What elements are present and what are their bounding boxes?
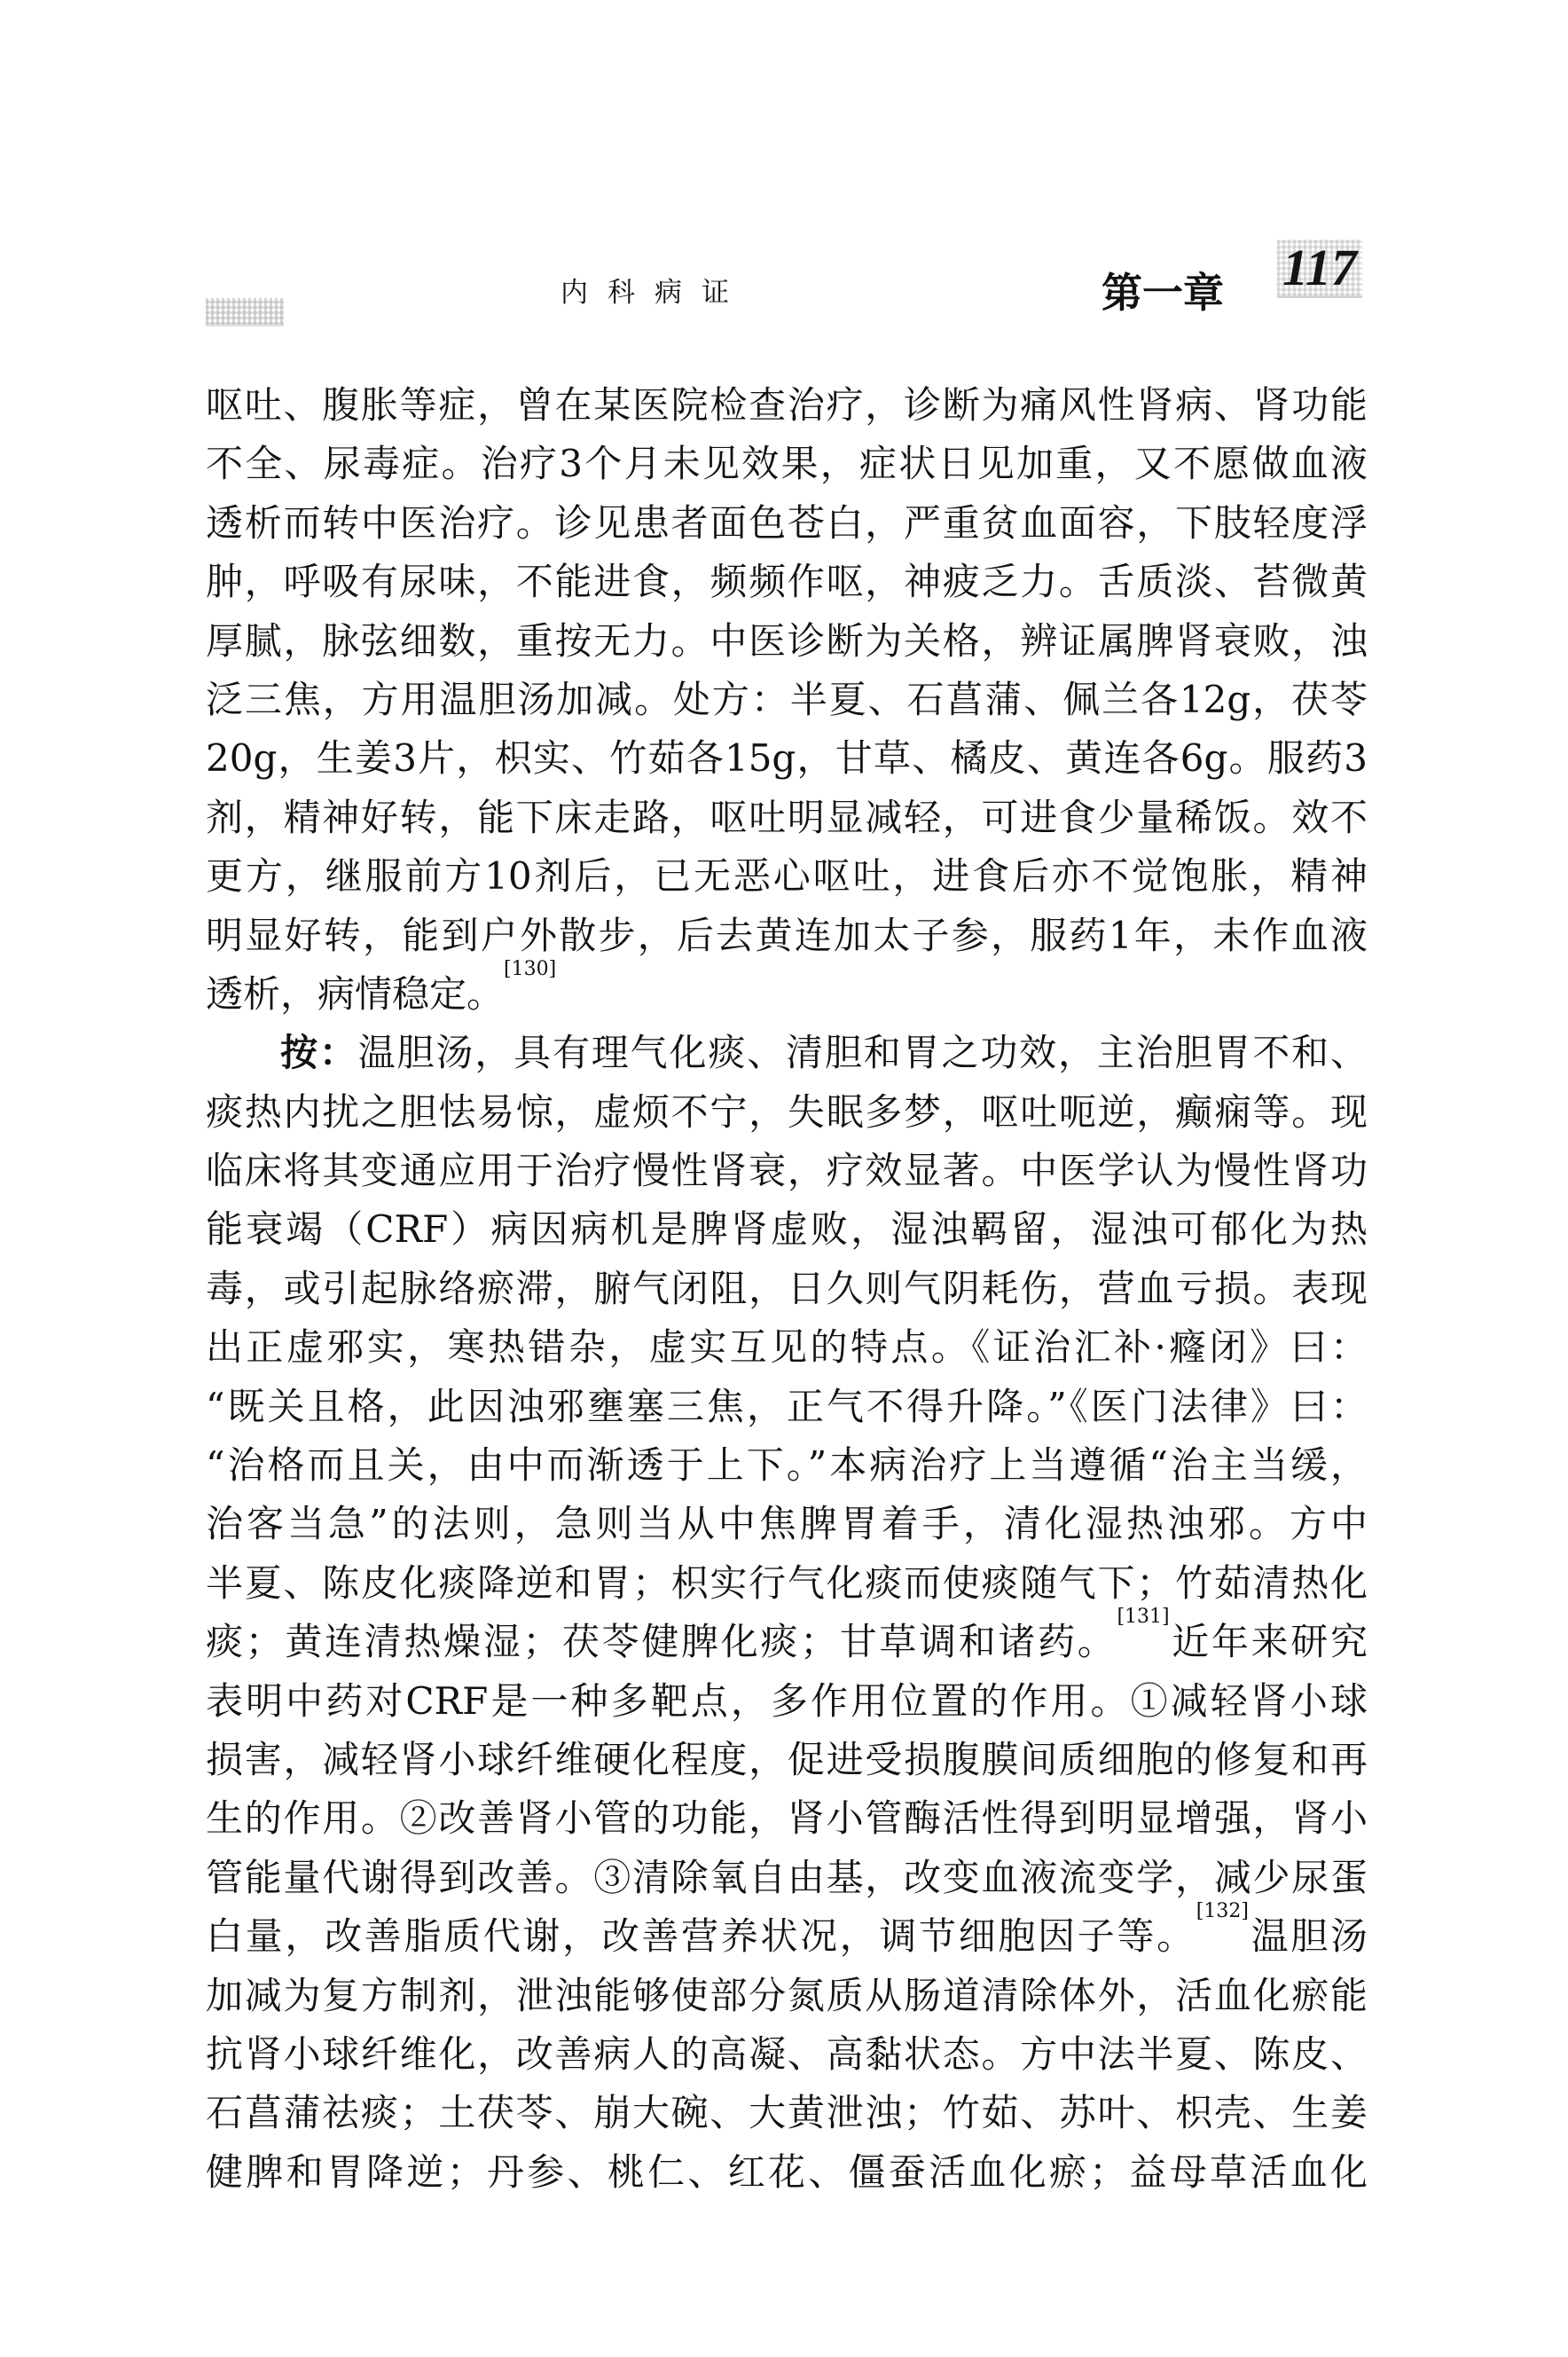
text-line: 表明中药对CRF是一种多靶点，多作用位置的作用。①减轻肾小球: [206, 1672, 1368, 1731]
page-number: 117: [1277, 240, 1362, 298]
citation-ref-131: [131]: [1117, 1606, 1169, 1628]
book-page: 内科病证 第一章 117 呕吐、腹胀等症，曾在某医院检查治疗，诊断为痛风性肾病、…: [0, 0, 1568, 2357]
text-line: 肿，呼吸有尿味，不能进食，频频作呕，神疲乏力。舌质淡、苔微黄: [206, 553, 1368, 611]
text-line: 管能量代谢得到改善。③清除氧自由基，改变血液流变学，减少尿蛋: [206, 1849, 1368, 1907]
text-line: 厚腻，脉弦细数，重按无力。中医诊断为关格，辨证属脾肾衰败，浊: [206, 612, 1368, 671]
commentary-label: 按：: [280, 1031, 358, 1074]
text-line: 泛三焦，方用温胆汤加减。处方：半夏、石菖蒲、佩兰各12g，茯苓: [206, 671, 1368, 729]
text-line: 损害，减轻肾小球纤维硬化程度，促进受损腹膜间质细胞的修复和再: [206, 1731, 1368, 1789]
text-line: 半夏、陈皮化痰降逆和胃；枳实行气化痰而使痰随气下；竹茹清热化: [206, 1554, 1368, 1613]
text-line: 透析而转中医治疗。诊见患者面色苍白，严重贫血面容，下肢轻度浮: [206, 494, 1368, 553]
text-line: 明显好转，能到户外散步，后去黄连加太子参，服药1年，未作血液: [206, 907, 1368, 965]
text-segment: 近年来研究: [1170, 1620, 1368, 1663]
text-line: 临床将其变通应用于治疗慢性肾衰，疗效显著。中医学认为慢性肾功: [206, 1142, 1368, 1200]
text-line: 出正虚邪实，寒热错杂，虚实互见的特点。《证治汇补·癃闭》曰：: [206, 1318, 1368, 1377]
text-line: 生的作用。②改善肾小管的功能，肾小管酶活性得到明显增强，肾小: [206, 1789, 1368, 1848]
text-line: 石菖蒲祛痰；土茯苓、崩大碗、大黄泄浊；竹茹、苏叶、枳壳、生姜: [206, 2084, 1368, 2142]
text-line: 抗肾小球纤维化，改善病人的高凝、高黏状态。方中法半夏、陈皮、: [206, 2025, 1368, 2084]
text-line: 治客当急”的法则，急则当从中焦脾胃着手，清化湿热浊邪。方中: [206, 1495, 1368, 1553]
text-line: 能衰竭（CRF）病因病机是脾肾虚败，湿浊羁留，湿浊可郁化为热: [206, 1200, 1368, 1259]
text-line: 毒，或引起脉络瘀滞，腑气闭阻，日久则气阴耗伤，营血亏损。表现: [206, 1260, 1368, 1318]
text-line: 20g，生姜3片，枳实、竹茹各15g，甘草、橘皮、黄连各6g。服药3: [206, 729, 1368, 788]
text-line: 不全、尿毒症。治疗3个月未见效果，症状日见加重，又不愿做血液: [206, 435, 1368, 493]
text-line: 白量，改善脂质代谢，改善营养状况，调节细胞因子等。[132]温胆汤: [206, 1907, 1368, 1966]
text-line: 呕吐、腹胀等症，曾在某医院检查治疗，诊断为痛风性肾病、肾功能: [206, 376, 1368, 435]
text-segment: 透析，病情稳定。: [206, 972, 504, 1016]
text-line: 更方，继服前方10剂后，已无恶心呕吐，进食后亦不觉饱胀，精神: [206, 847, 1368, 906]
text-line: 健脾和胃降逆；丹参、桃仁、红花、僵蚕活血化瘀；益母草活血化: [206, 2143, 1368, 2202]
text-line: “既关且格，此因浊邪壅塞三焦，正气不得升降。”《医门法律》曰：: [206, 1378, 1368, 1436]
citation-ref-130: [130]: [504, 958, 556, 980]
text-segment: 温胆汤: [1249, 1914, 1368, 1958]
text-line-paragraph-end: 透析，病情稳定。[130]: [206, 965, 1368, 1024]
text-line: 剂，精神好转，能下床走路，呕吐明显减轻，可进食少量稀饭。效不: [206, 789, 1368, 847]
text-line: 加减为复方制剂，泄浊能够使部分氮质从肠道清除体外，活血化瘀能: [206, 1967, 1368, 2025]
body-text: 呕吐、腹胀等症，曾在某医院检查治疗，诊断为痛风性肾病、肾功能 不全、尿毒症。治疗…: [206, 376, 1368, 2202]
text-segment: 白量，改善脂质代谢，改善营养状况，调节细胞因子等。: [206, 1914, 1196, 1958]
running-header-chapter: 第一章: [1102, 266, 1224, 319]
text-line-paragraph-start: 按：温胆汤，具有理气化痰、清胆和胃之功效，主治胆胃不和、: [206, 1024, 1368, 1082]
text-line: 痰热内扰之胆怯易惊，虚烦不宁，失眠多梦，呕吐呃逆，癫痫等。现: [206, 1083, 1368, 1142]
text-segment: 痰；黄连清热燥湿；茯苓健脾化痰；甘草调和诸药。: [206, 1620, 1117, 1663]
running-header-section-title: 内科病证: [561, 273, 749, 312]
scan-artifact-mark: [206, 298, 284, 326]
text-line: 痰；黄连清热燥湿；茯苓健脾化痰；甘草调和诸药。[131]近年来研究: [206, 1613, 1368, 1671]
citation-ref-132: [132]: [1196, 1900, 1249, 1922]
text-segment: 温胆汤，具有理气化痰、清胆和胃之功效，主治胆胃不和、: [358, 1031, 1368, 1074]
text-line: “治格而且关，由中而渐透于上下。”本病治疗上当遵循“治主当缓，: [206, 1436, 1368, 1495]
